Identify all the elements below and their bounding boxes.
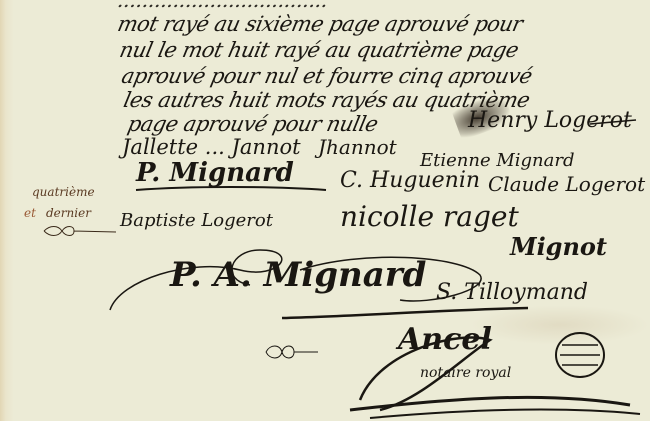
small-flourish — [262, 340, 322, 362]
signature-jhannot: Jhannot — [318, 135, 397, 159]
signature-claude-logerot: Claude Logerot — [488, 172, 645, 196]
margin-note-et: et — [24, 206, 36, 220]
signature-ancel: Ancel — [398, 322, 492, 357]
signature-mignot: Mignot — [510, 232, 607, 261]
signature-notaire-royal: notaire royal — [420, 365, 511, 381]
body-line-0: .................................. — [115, 0, 330, 12]
signature-underline — [588, 114, 638, 130]
body-line-3: aprouvé pour nul et fourre cinq aprouvé — [119, 64, 534, 88]
body-line-1: mot rayé au sixième page aprouvé pour — [115, 12, 524, 36]
margin-note-line1: quatrième — [32, 185, 95, 199]
body-line-5: page aprouvé pour nulle — [125, 112, 379, 136]
signature-jallette: Jallette ... Jannot — [122, 135, 301, 159]
signature-underline — [130, 182, 330, 196]
signature-p-a-mignard: P. A. Mignard — [170, 255, 426, 295]
signature-nicolle-raget: nicolle raget — [340, 200, 519, 233]
signature-baptiste-logerot: Baptiste Logerot — [120, 210, 273, 231]
signature-c-huguenin: C. Huguenin — [340, 168, 480, 193]
margin-note-line2: dernier — [46, 206, 91, 220]
body-line-2: nul le mot huit rayé au quatrième page — [117, 38, 520, 62]
